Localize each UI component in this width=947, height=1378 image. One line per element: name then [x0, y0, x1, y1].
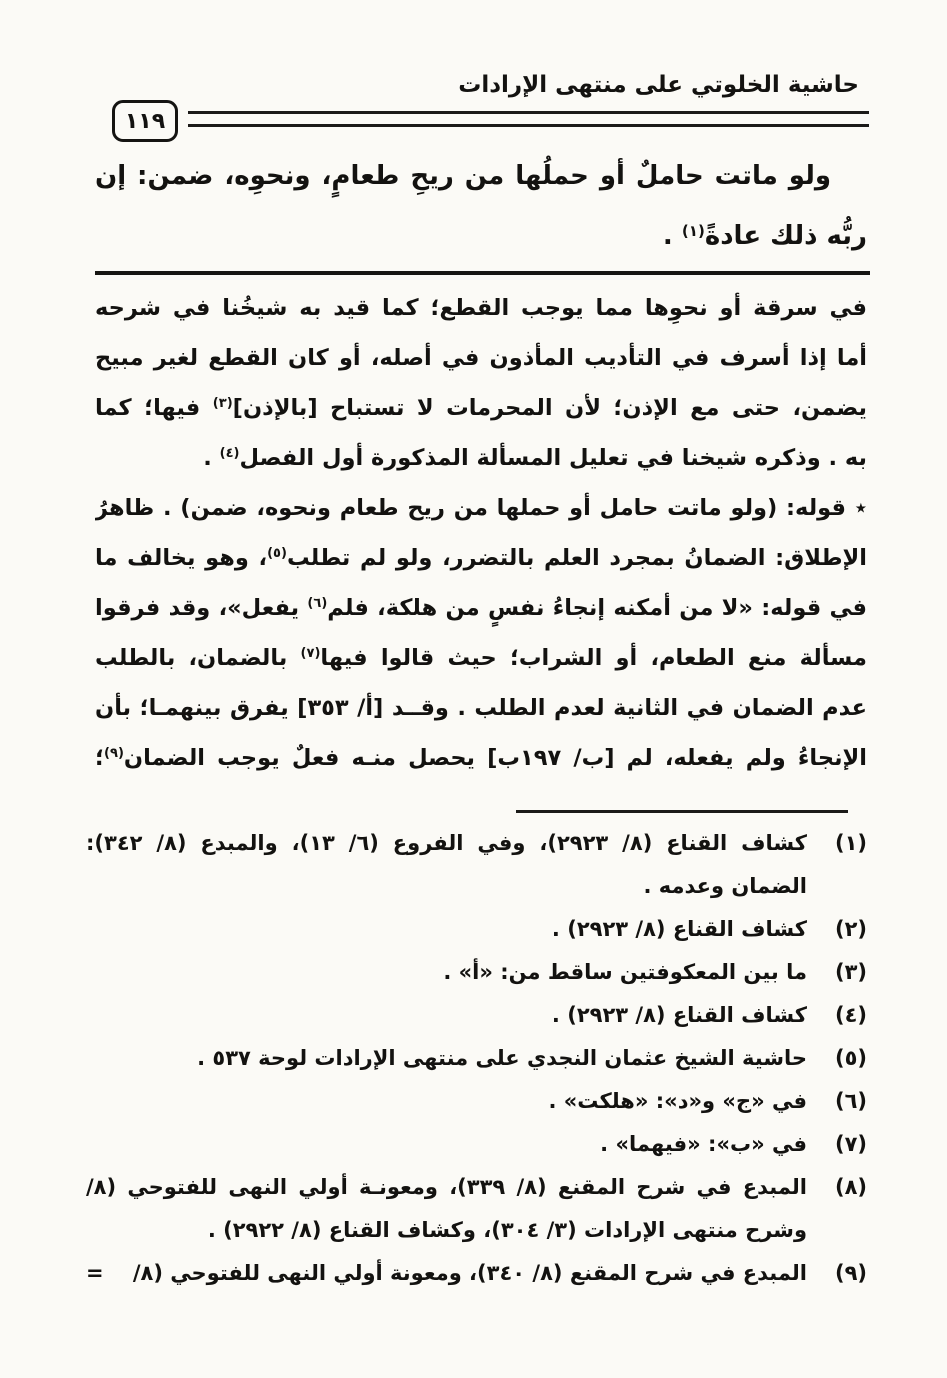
footnote-line: الضمان وعدمه .: [86, 865, 807, 908]
header-double-rule: [188, 111, 869, 127]
footnote-line: كشاف القناع (٨/ ٢٩٢٣) .: [86, 908, 807, 951]
footnote-9: (٩) المبدع في شرح المقنع (٨/ ٣٤٠)، ومعون…: [86, 1252, 867, 1295]
footnote-7: (٧) في «ب»: «فيهما» .: [86, 1123, 867, 1166]
footnote-line: وشرح منتهى الإرادات (٣/ ٣٠٤)، وكشاف القن…: [86, 1209, 807, 1252]
commentary-line: به . وذكره شيخنا في تعليل المسألة المذكو…: [95, 433, 867, 483]
commentary-line: عدم الضمان في الثانية لعدم الطلب . وقــد…: [95, 683, 867, 733]
footnotes-block: (١) كشاف القناع (٨/ ٢٩٢٣)، وفي الفروع (٦…: [86, 822, 867, 1295]
commentary-line: الإنجاءُ ولم يفعله، لم [ب/ ١٩٧ب] يحصل من…: [95, 733, 867, 783]
footnote-number: (٣): [807, 951, 867, 994]
footnote-line: كشاف القناع (٨/ ٢٩٢٣)، وفي الفروع (٦/ ١٣…: [86, 822, 807, 865]
footnote-line: المبدع في شرح المقنع (٨/ ٣٣٩)، ومعونـة أ…: [86, 1166, 807, 1209]
footnote-5: (٥) حاشية الشيخ عثمان النجدي على منتهى ا…: [86, 1037, 867, 1080]
footnote-number: (٢): [807, 908, 867, 951]
footnote-line: في «ج» و«د»: «هلكت» .: [86, 1080, 807, 1123]
footnote-number: (٧): [807, 1123, 867, 1166]
footnote-separator: [516, 810, 848, 813]
footnote-6: (٦) في «ج» و«د»: «هلكت» .: [86, 1080, 867, 1123]
footnote-number: (٤): [807, 994, 867, 1037]
footnote-number: (٨): [807, 1166, 867, 1209]
page-number-badge: ١١٩: [112, 100, 178, 142]
commentary-line: أما إذا أسرف في التأديب المأذون في أصله،…: [95, 333, 867, 383]
commentary-line: يضمن، حتى مع الإذن؛ لأن المحرمات لا تستب…: [95, 383, 867, 433]
matn-block: ولو ماتت حاملٌ أو حملُها من ريحِ طعامٍ، …: [95, 146, 867, 266]
section-separator: [95, 271, 870, 275]
footnote-number: (٩): [807, 1252, 867, 1295]
footnote-number: (١): [807, 822, 867, 865]
footnote-4: (٤) كشاف القناع (٨/ ٢٩٢٣) .: [86, 994, 867, 1037]
commentary-line: مسألة منع الطعام، أو الشراب؛ حيث قالوا ف…: [95, 633, 867, 683]
footnote-line: حاشية الشيخ عثمان النجدي على منتهى الإرا…: [86, 1037, 807, 1080]
commentary-block: في سرقة أو نحوِها مما يوجب القطع؛ كما قي…: [95, 283, 867, 783]
footnote-3: (٣) ما بين المعكوفتين ساقط من: «أ» .: [86, 951, 867, 994]
footnote-number: (٦): [807, 1080, 867, 1123]
footnote-8: (٨) المبدع في شرح المقنع (٨/ ٣٣٩)، ومعون…: [86, 1166, 867, 1252]
continuation-mark: =: [86, 1252, 104, 1295]
matn-line: ربُّه ذلك عادةً(١) .: [95, 206, 867, 266]
matn-line: ولو ماتت حاملٌ أو حملُها من ريحِ طعامٍ، …: [95, 146, 867, 206]
commentary-line: الإطلاق: الضمانُ بمجرد العلم بالتضرر، ول…: [95, 533, 867, 583]
book-page: حاشية الخلوتي على منتهى الإرادات ١١٩ ولو…: [0, 0, 947, 1378]
footnote-line: كشاف القناع (٨/ ٢٩٢٣) .: [86, 994, 807, 1037]
commentary-line: في سرقة أو نحوِها مما يوجب القطع؛ كما قي…: [95, 283, 867, 333]
page-header-title: حاشية الخلوتي على منتهى الإرادات: [458, 72, 859, 98]
commentary-line: ٭ قوله: (ولو ماتت حامل أو حملها من ريح ط…: [95, 483, 867, 533]
footnote-line: المبدع في شرح المقنع (٨/ ٣٤٠)، ومعونة أو…: [86, 1252, 807, 1295]
footnote-number: (٥): [807, 1037, 867, 1080]
footnote-2: (٢) كشاف القناع (٨/ ٢٩٢٣) .: [86, 908, 867, 951]
footnote-1: (١) كشاف القناع (٨/ ٢٩٢٣)، وفي الفروع (٦…: [86, 822, 867, 908]
footnote-line: ما بين المعكوفتين ساقط من: «أ» .: [86, 951, 807, 994]
footnote-text: المبدع في شرح المقنع (٨/ ٣٤٠)، ومعونة أو…: [104, 1252, 807, 1295]
footnote-line: في «ب»: «فيهما» .: [86, 1123, 807, 1166]
commentary-line: في قوله: «لا من أمكنه إنجاءُ نفسٍ من هلك…: [95, 583, 867, 633]
